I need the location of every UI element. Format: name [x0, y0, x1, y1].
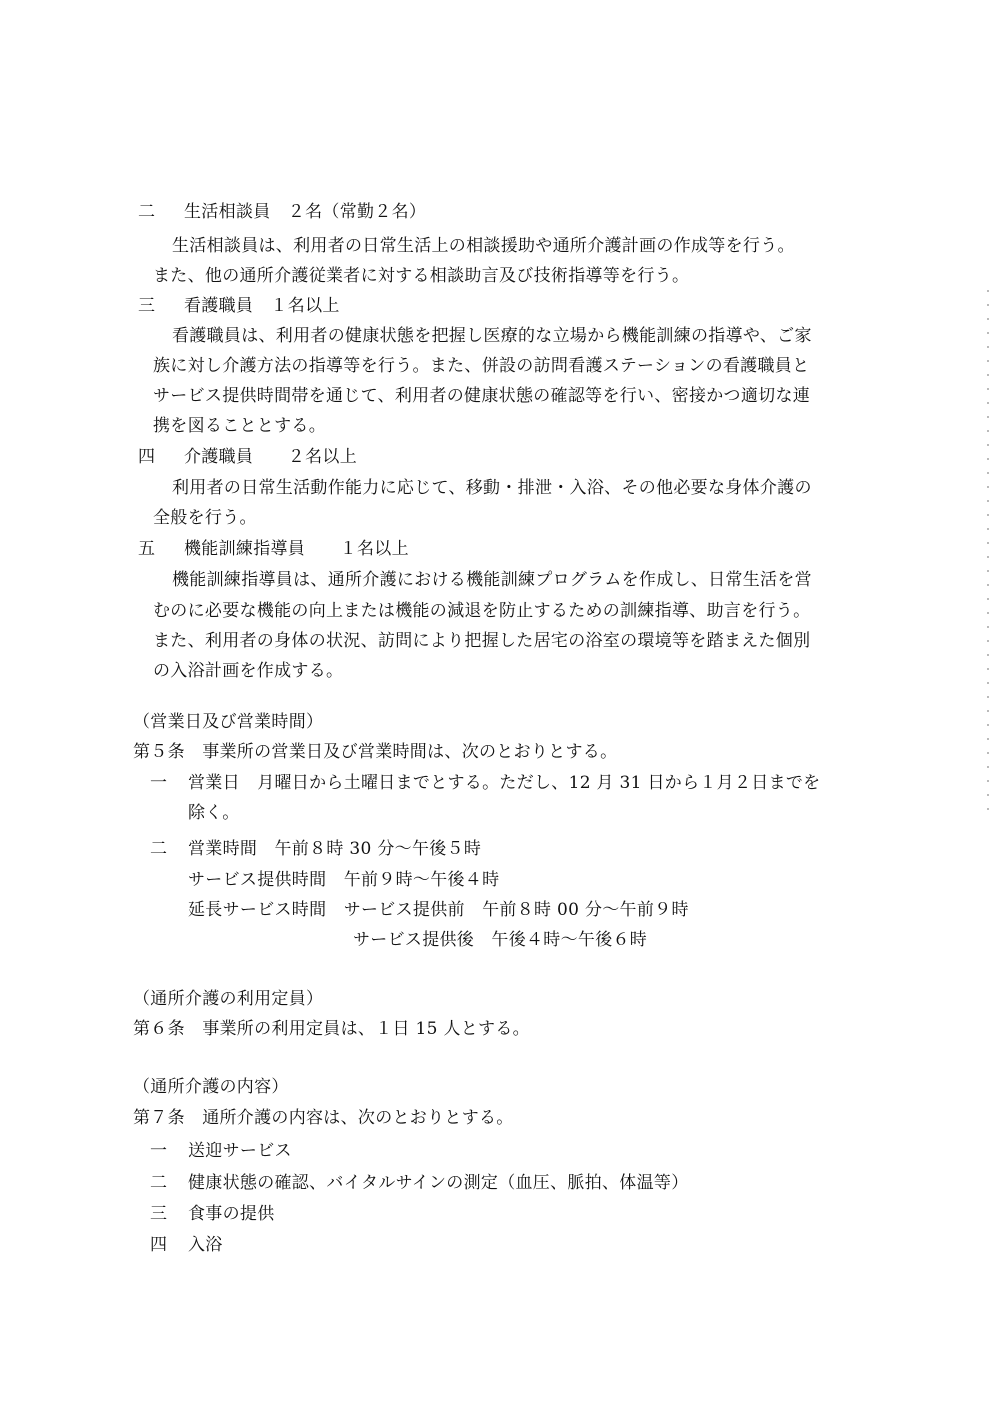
article-item-continued: サービス提供時間 午前９時～午後４時: [188, 869, 499, 891]
article-text: 第７条 通所介護の内容は、次のとおりとする。: [133, 1107, 514, 1129]
item-number: 五: [138, 538, 184, 560]
content-item: 三食事の提供: [150, 1203, 275, 1225]
staff-item-title: 五機能訓練指導員 １名以上: [138, 538, 409, 560]
item-text: 送迎サービス: [188, 1141, 292, 1161]
article-text: 第５条 事業所の営業日及び営業時間は、次のとおりとする。: [133, 741, 617, 763]
item-number: 四: [150, 1234, 188, 1256]
paragraph-line: 生活相談員は、利用者の日常生活上の相談援助や通所介護計画の作成等を行う。: [172, 235, 795, 257]
paragraph-line: 機能訓練指導員は、通所介護における機能訓練プログラムを作成し、日常生活を営: [172, 569, 812, 591]
item-text: 健康状態の確認、バイタルサインの測定（血圧、脈拍、体温等）: [188, 1173, 689, 1193]
item-number: 三: [150, 1203, 188, 1225]
staff-item-title: 三看護職員 １名以上: [138, 295, 340, 317]
article-text: 第６条 事業所の利用定員は、１日 15 人とする。: [133, 1018, 530, 1040]
staff-item-title: 二生活相談員 ２名（常勤２名）: [138, 201, 426, 223]
paragraph-line: また、他の通所介護従業者に対する相談助言及び技術指導等を行う。: [153, 265, 689, 287]
item-number: 二: [150, 1172, 188, 1194]
article-item-continued: 除く。: [188, 802, 240, 824]
paragraph-line: 利用者の日常生活動作能力に応じて、移動・排泄・入浴、その他必要な身体介護の: [172, 477, 812, 499]
item-number: 三: [138, 295, 184, 317]
item-number: 一: [150, 1140, 188, 1162]
paragraph-line: の入浴計画を作成する。: [153, 660, 343, 682]
item-number: 二: [138, 201, 184, 223]
item-number: 二: [150, 838, 188, 860]
staff-item-title: 四介護職員 ２名以上: [138, 446, 357, 468]
item-title: 介護職員 ２名以上: [184, 447, 357, 467]
article-item-continued: サービス提供後 午後４時～午後６時: [353, 929, 647, 951]
article-item: 二営業時間 午前８時 30 分～午後５時: [150, 838, 481, 860]
article-heading: （通所介護の利用定員）: [133, 988, 323, 1010]
paragraph-line: 携を図ることとする。: [153, 415, 326, 437]
article-item: 一営業日 月曜日から土曜日までとする。ただし、12 月 31 日から１月２日まで…: [150, 772, 820, 794]
item-text: 入浴: [188, 1235, 223, 1255]
paragraph-line: また、利用者の身体の状況、訪問により把握した居宅の浴室の環境等を踏まえた個別: [153, 630, 810, 652]
item-number: 四: [138, 446, 184, 468]
article-heading: （営業日及び営業時間）: [133, 711, 323, 733]
document-page: 二生活相談員 ２名（常勤２名） 生活相談員は、利用者の日常生活上の相談援助や通所…: [0, 0, 1000, 1414]
article-item-continued: 延長サービス時間 サービス提供前 午前８時 00 分～午前９時: [188, 899, 689, 921]
item-number: 一: [150, 772, 188, 794]
content-item: 一送迎サービス: [150, 1140, 292, 1162]
item-title: 生活相談員 ２名（常勤２名）: [184, 202, 426, 222]
paragraph-line: むのに必要な機能の向上または機能の減退を防止するための訓練指導、助言を行う。: [153, 600, 810, 622]
item-text: 食事の提供: [188, 1204, 275, 1224]
article-heading: （通所介護の内容）: [133, 1076, 289, 1098]
content-item: 二健康状態の確認、バイタルサインの測定（血圧、脈拍、体温等）: [150, 1172, 689, 1194]
paragraph-line: サービス提供時間帯を通じて、利用者の健康状態の確認等を行い、密接かつ適切な連: [153, 385, 810, 407]
paragraph-line: 族に対し介護方法の指導等を行う。また、併設の訪問看護ステーションの看護職員と: [153, 355, 809, 377]
item-text: 営業時間 午前８時 30 分～午後５時: [188, 839, 481, 859]
paragraph-line: 看護職員は、利用者の健康状態を把握し医療的な立場から機能訓練の指導や、ご家: [172, 325, 812, 347]
paragraph-line: 全般を行う。: [153, 507, 257, 529]
item-text: 営業日 月曜日から土曜日までとする。ただし、12 月 31 日から１月２日までを: [188, 773, 820, 793]
content-item: 四入浴: [150, 1234, 223, 1256]
item-title: 機能訓練指導員 １名以上: [184, 539, 409, 559]
item-title: 看護職員 １名以上: [184, 296, 340, 316]
scan-artifact: [987, 290, 989, 810]
